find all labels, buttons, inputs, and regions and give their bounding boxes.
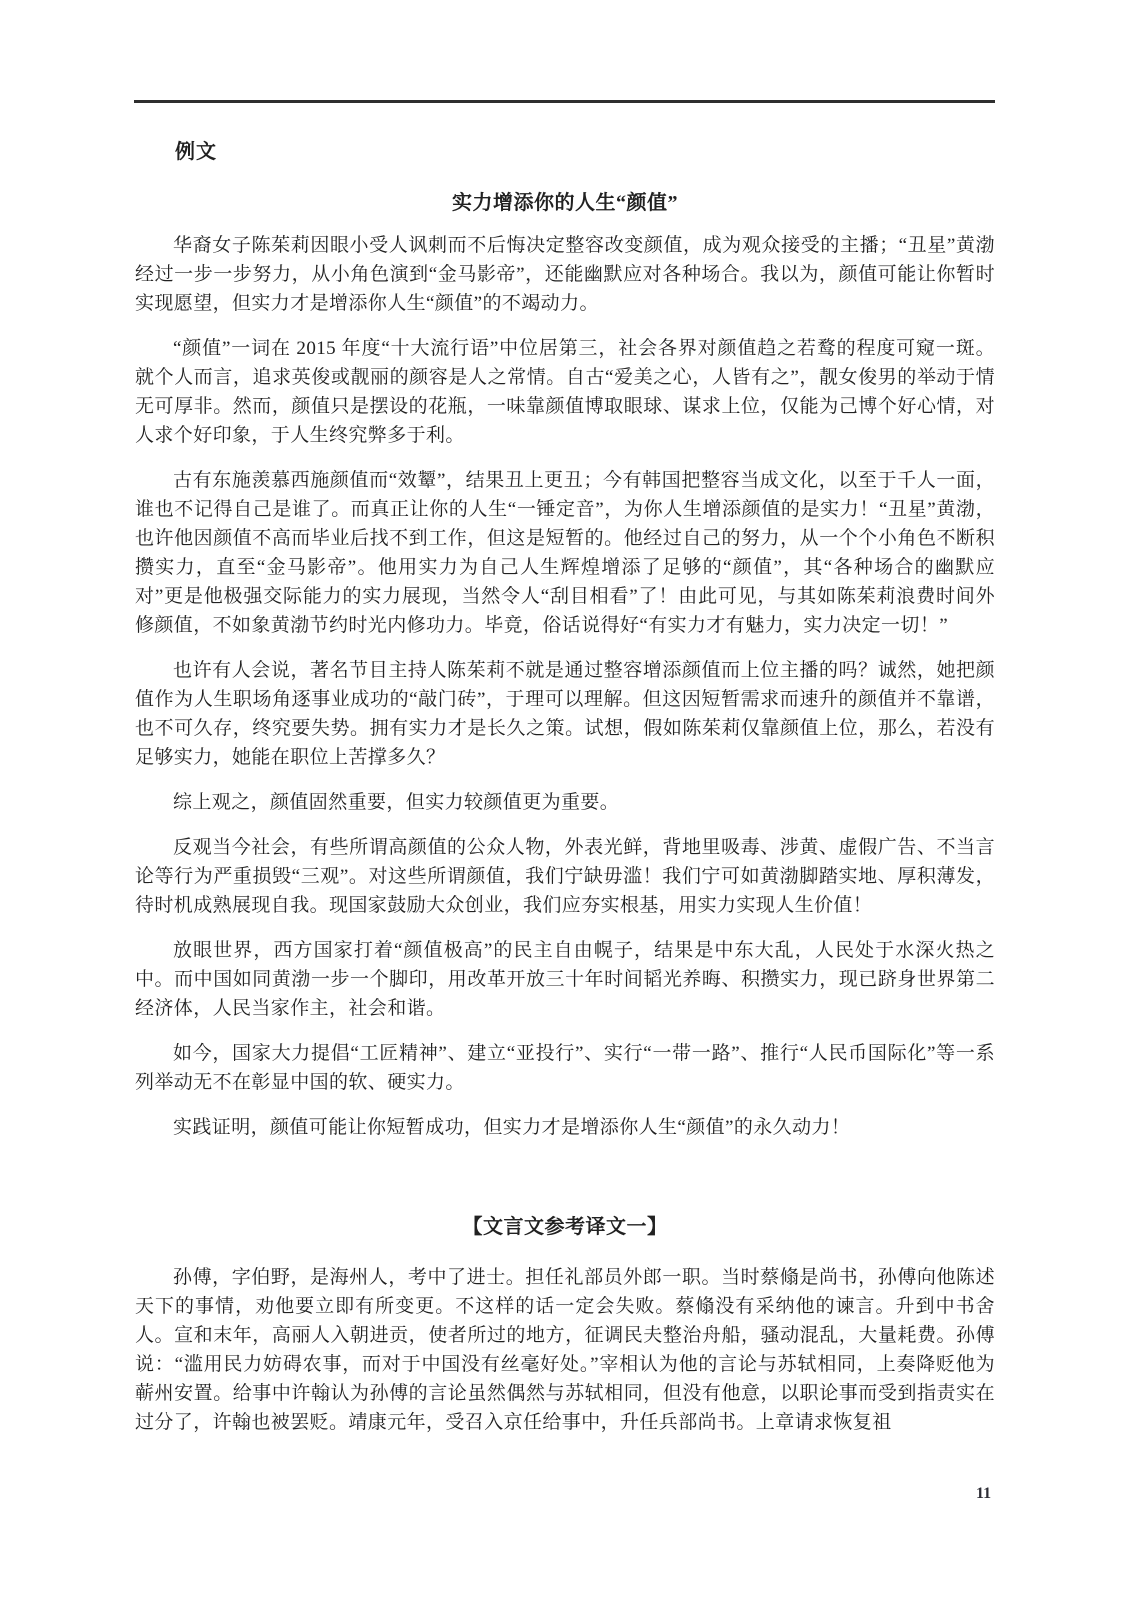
page-number: 11 <box>976 1485 991 1503</box>
essay-paragraph: 也许有人会说，著名节目主持人陈茱莉不就是通过整容增添颜值而上位主播的吗？诚然，她… <box>135 656 995 772</box>
essay-paragraph: 华裔女子陈茱莉因眼小受人讽刺而不后悔决定整容改变颜值，成为观众接受的主播；“丑星… <box>135 231 995 318</box>
essay-section-label: 例文 <box>135 135 995 164</box>
essay-paragraph: 如今，国家大力提倡“工匠精神”、建立“亚投行”、实行“一带一路”、推行“人民币国… <box>135 1039 995 1097</box>
essay-paragraph: 放眼世界，西方国家打着“颜值极高”的民主自由幌子，结果是中东大乱，人民处于水深火… <box>135 936 995 1023</box>
page-content: 例文 实力增添你的人生“颜值” 华裔女子陈茱莉因眼小受人讽刺而不后悔决定整容改变… <box>135 103 995 1437</box>
translation-paragraph: 孙傅，字伯野，是海州人，考中了进士。担任礼部员外郎一职。当时蔡翛是尚书，孙傅向他… <box>135 1263 995 1437</box>
essay-title: 实力增添你的人生“颜值” <box>135 186 995 215</box>
essay-paragraph: 综上观之，颜值固然重要，但实力较颜值更为重要。 <box>135 788 995 817</box>
essay-paragraph: 古有东施羡慕西施颜值而“效颦”，结果丑上更丑；今有韩国把整容当成文化，以至于千人… <box>135 466 995 640</box>
essay-paragraph: 实践证明，颜值可能让你短暂成功，但实力才是增添你人生“颜值”的永久动力！ <box>135 1113 995 1142</box>
essay-paragraph: “颜值”一词在 2015 年度“十大流行语”中位居第三，社会各界对颜值趋之若鹜的… <box>135 334 995 450</box>
document-page: 例文 实力增添你的人生“颜值” 华裔女子陈茱莉因眼小受人讽刺而不后悔决定整容改变… <box>0 0 1131 1600</box>
translation-heading: 【文言文参考译文一】 <box>135 1210 995 1239</box>
essay-paragraph: 反观当今社会，有些所谓高颜值的公众人物，外表光鲜，背地里吸毒、涉黄、虚假广告、不… <box>135 833 995 920</box>
